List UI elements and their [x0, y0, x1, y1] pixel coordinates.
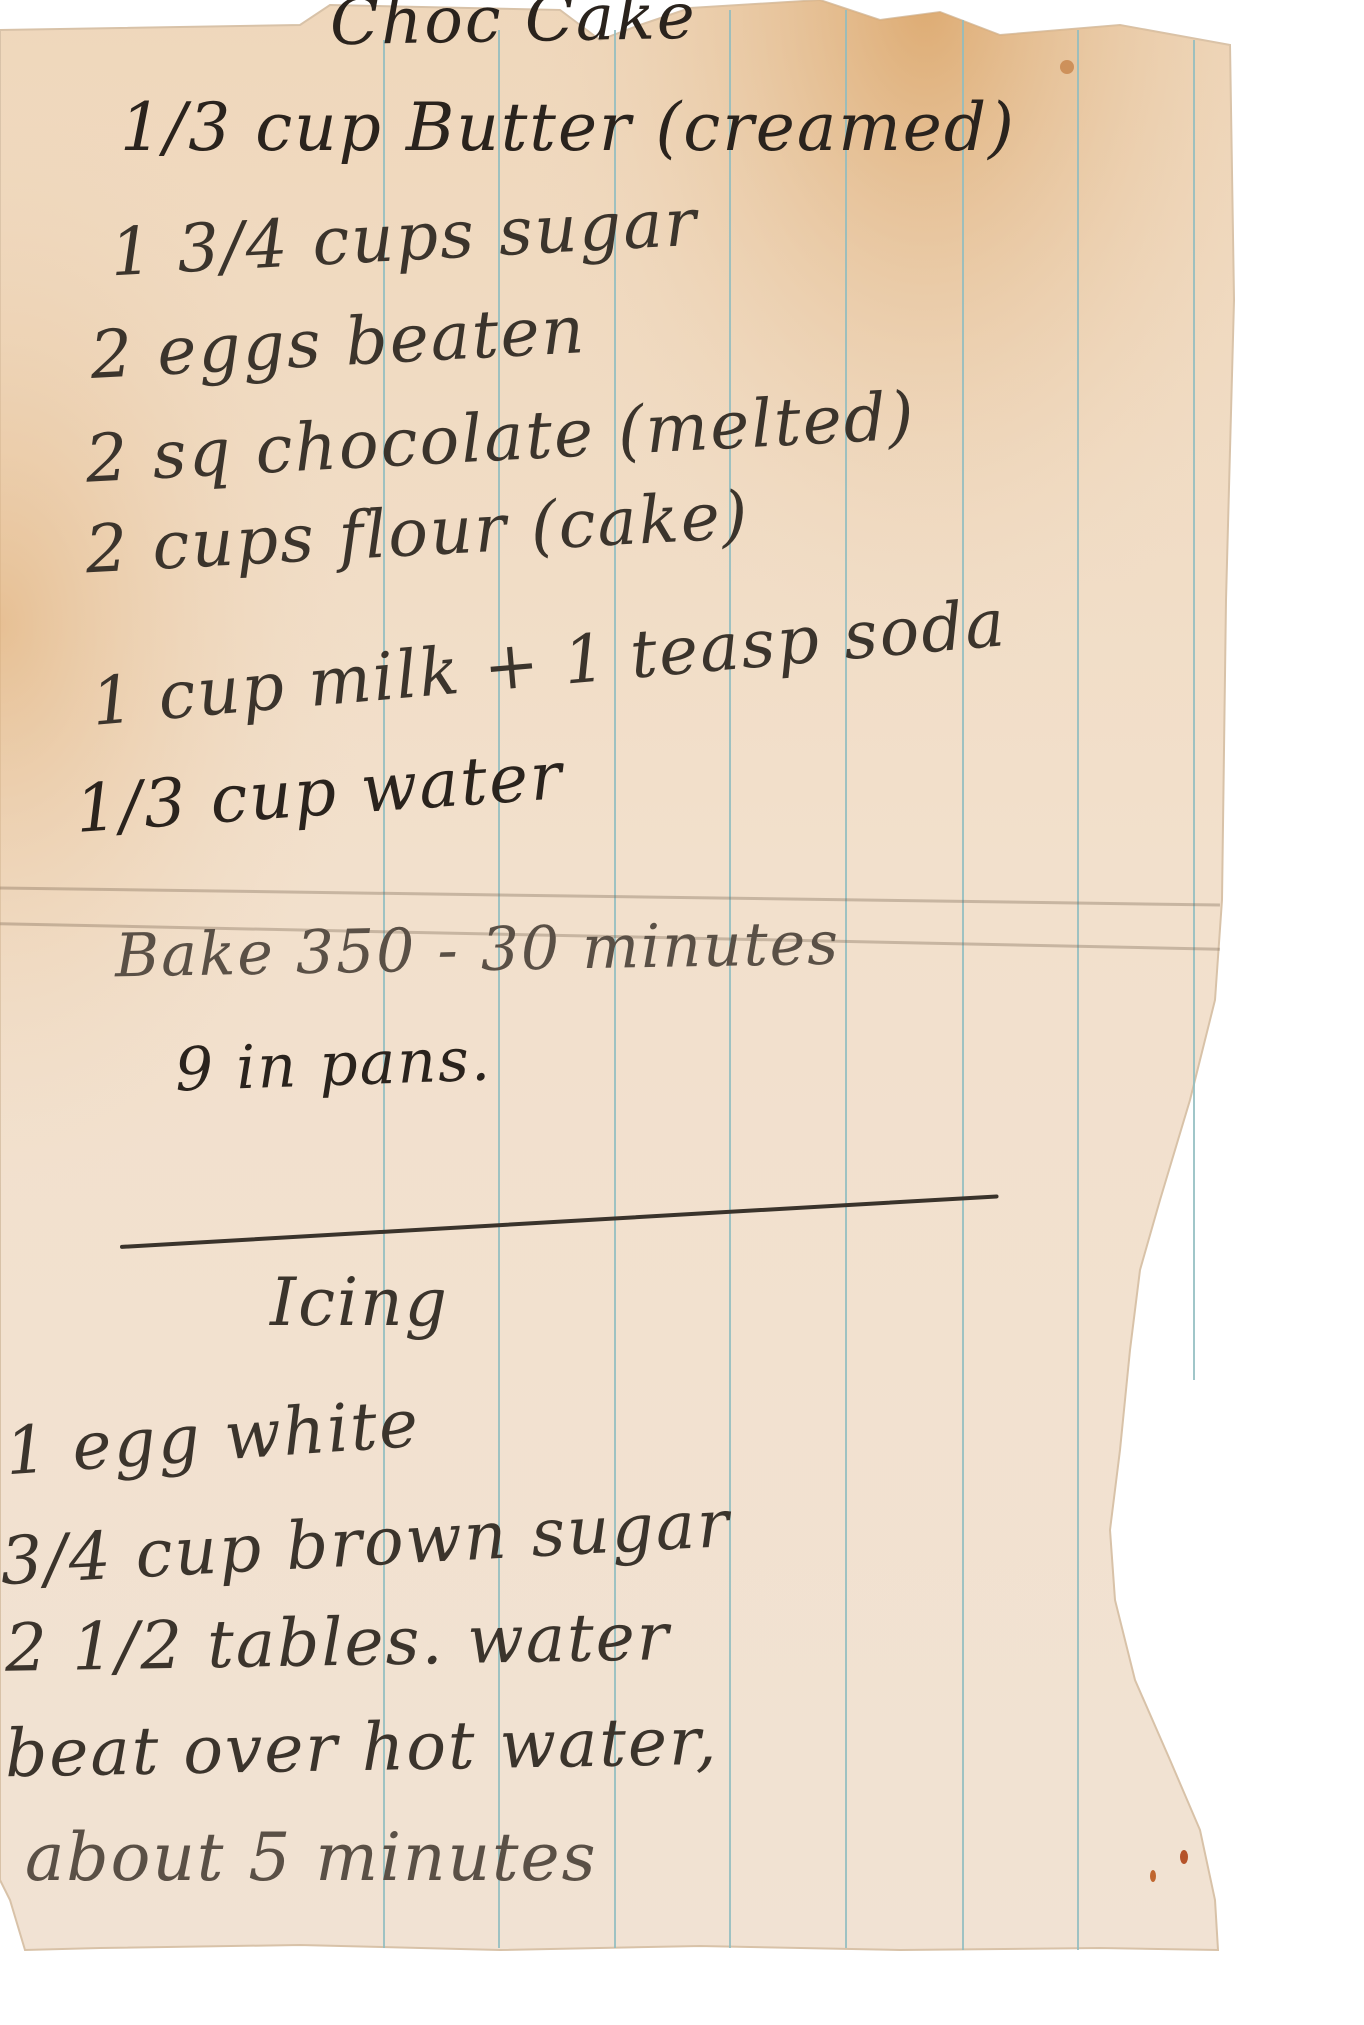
ingredient-qty: 3/4	[0, 1517, 115, 1600]
rule-line	[1193, 40, 1195, 1380]
recipe-paper: Choc Cake 1/3 cup Butter (creamed) 1 3/4…	[0, 0, 1364, 2025]
instruction-line: beat over hot water,	[4, 1709, 718, 1787]
ingredient-qty: 2	[83, 509, 131, 588]
instruction-line: about 5 minutes	[25, 1825, 597, 1891]
recipe-title: Choc Cake	[329, 0, 697, 55]
ingredient-qty: 2	[84, 418, 132, 497]
rust-stain	[1180, 1850, 1188, 1864]
rule-line	[845, 10, 847, 1948]
ingredient-qty: 1	[3, 1411, 52, 1491]
ingredient-line: 2 1/2 tables. water	[4, 1604, 670, 1682]
ingredient-line: 1/3 cup Butter (creamed)	[120, 95, 1016, 161]
ingredient-qty: 1 3/4	[108, 205, 291, 291]
icing-heading: Icing	[270, 1270, 449, 1336]
ingredient-text: cup Butter (creamed)	[255, 89, 1016, 166]
rust-stain	[1150, 1870, 1156, 1882]
bake-instruction: Bake 350 - 30 minutes	[115, 914, 841, 987]
rule-line	[1077, 30, 1079, 1950]
pan-size: 9 in pans.	[174, 1029, 493, 1100]
ingredient-qty: 1/3	[73, 763, 190, 848]
ingredient-text: tables. water	[207, 1598, 671, 1683]
ingredient-qty: 2 1/2	[4, 1607, 185, 1687]
ingredient-qty: 1	[88, 660, 139, 741]
rule-line	[962, 20, 964, 1950]
ingredient-qty: 1/3	[120, 89, 232, 166]
ingredient-qty: 2	[88, 315, 136, 394]
rust-stain	[1060, 60, 1074, 74]
